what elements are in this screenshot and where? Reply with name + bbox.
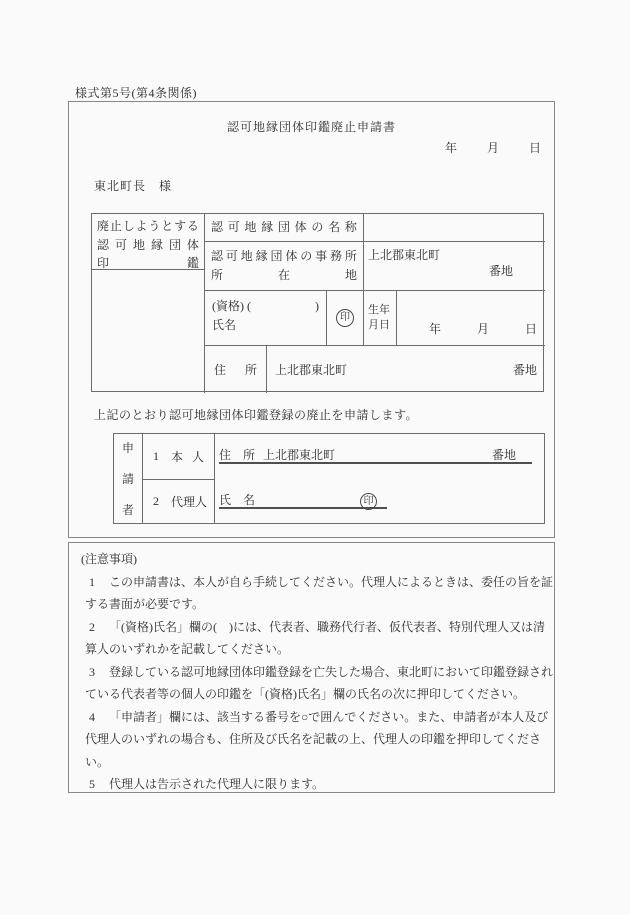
note-number: 2 xyxy=(89,616,109,639)
seal-impression-area xyxy=(92,270,205,393)
notes-section: (注意事項) 1この申請書は、本人が自ら手続してください。代理人によるときは、委… xyxy=(69,543,554,796)
applicant-address-banchi: 番地 xyxy=(492,446,516,462)
seal-to-abolish-line2: 認可地縁団体 xyxy=(97,236,199,255)
date-year-label: 年 xyxy=(445,141,457,155)
document-page: 様式第5号(第4条関係) 認可地縁団体印鑑廃止申請書 年 月 日 東北町長 様 … xyxy=(0,0,630,915)
qualification-name-cell: (資格) ( ) 氏名 xyxy=(205,291,327,346)
date-day-label: 日 xyxy=(529,141,541,155)
applicant-vertical-label: 申請者 xyxy=(114,434,143,523)
applicant-address-line: 住 所上北郡東北町 番地 xyxy=(219,446,532,464)
note-line: 1この申請書は、本人が自ら手続してください。代理人によるときは、委任の旨を証 xyxy=(69,571,554,594)
name-field-label: 氏名 xyxy=(212,316,319,335)
note-text: 登録している認可地縁団体印鑑登録を亡失した場合、東北町において印鑑登録され xyxy=(109,665,553,679)
application-statement: 上記のとおり認可地縁団体印鑑登録の廃止を申請します。 xyxy=(94,406,418,424)
notes-heading: (注意事項) xyxy=(69,548,554,571)
application-form-box: 認可地縁団体印鑑廃止申請書 年 月 日 東北町長 様 廃止しようとする 認可地縁… xyxy=(68,101,555,538)
birth-month-label: 月 xyxy=(477,320,489,337)
note-text: 「申請者」欄には、該当する番号を○で囲んでください。また、申請者が本人及び xyxy=(109,710,548,724)
option-1-number: 1 xyxy=(153,449,159,464)
note-number: 1 xyxy=(89,571,109,594)
office-label-line2: 所在地 xyxy=(211,266,357,285)
birth-label-line2: 月日 xyxy=(368,318,396,333)
note-line: ている代表者等の個人の印鑑を「(資格)氏名」欄の氏名の次に押印してください。 xyxy=(69,683,554,706)
applicant-table: 申請者 1 本人 2 代理人 住 所上北郡東北町 番地 氏 名 印 xyxy=(113,433,545,524)
note-line: 4「申請者」欄には、該当する番号を○で囲んでください。また、申請者が本人及び xyxy=(69,706,554,729)
birth-day-label: 日 xyxy=(525,320,537,337)
office-address-label: 認可地縁団体の事務所 所在地 xyxy=(205,242,364,291)
applicant-option-agent: 2 代理人 xyxy=(143,480,215,523)
applicant-address-town: 上北郡東北町 xyxy=(263,448,335,462)
recipient-line: 東北町長 様 xyxy=(94,177,172,195)
notes-box: (注意事項) 1この申請書は、本人が自ら手続してください。代理人によるときは、委… xyxy=(68,542,555,793)
association-name-value xyxy=(364,214,545,242)
birthdate-label-cell: 生年 月日 xyxy=(364,291,397,346)
option-2-label: 代理人 xyxy=(171,493,207,510)
note-line: い。 xyxy=(69,751,554,774)
note-number: 5 xyxy=(89,773,109,796)
applicant-seal-icon: 印 xyxy=(360,493,377,510)
note-line: 算人のいずれかを記載してください。 xyxy=(69,638,554,661)
note-line: する書面が必要です。 xyxy=(69,593,554,616)
birthdate-value-cell: 年 月 日 xyxy=(397,291,545,346)
birth-label-line1: 生年 xyxy=(368,303,396,318)
applicant-address-group: 住 所上北郡東北町 xyxy=(219,446,335,462)
seal-to-abolish-header-cell: 廃止しようとする 認可地縁団体 印鑑 xyxy=(92,214,205,270)
seal-info-table: 廃止しようとする 認可地縁団体 印鑑 認可地縁団体の名称 認可地縁団体の事務所 … xyxy=(91,213,544,392)
form-title: 認可地縁団体印鑑廃止申請書 xyxy=(69,119,554,135)
note-line: 2「(資格)氏名」欄の( )には、代表者、職務代行者、仮代表者、特別代理人又は清 xyxy=(69,616,554,639)
note-text: 代理人は告示された代理人に限ります。 xyxy=(109,777,324,791)
address-town: 上北郡東北町 xyxy=(275,361,347,378)
qualification-prefix: (資格) ( xyxy=(212,297,251,316)
note-text: 「(資格)氏名」欄の( )には、代表者、職務代行者、仮代表者、特別代理人又は清 xyxy=(109,620,545,634)
address-value-cell: 上北郡東北町 番地 xyxy=(267,346,545,393)
note-text: この申請書は、本人が自ら手続してください。代理人によるときは、委任の旨を証 xyxy=(109,575,553,589)
office-town: 上北郡東北町 xyxy=(364,242,545,263)
applicant-name-line: 氏 名 印 xyxy=(219,491,387,509)
option-1-label: 本人 xyxy=(171,448,204,465)
note-line: 代理人のいずれの場合も、住所及び氏名を記載の上、代理人の印鑑を押印してくださ xyxy=(69,728,554,751)
note-number: 4 xyxy=(89,706,109,729)
note-line: 3登録している認可地縁団体印鑑登録を亡失した場合、東北町において印鑑登録され xyxy=(69,661,554,684)
seal-stamp-cell: 印 xyxy=(327,291,364,346)
note-number: 3 xyxy=(89,661,109,684)
office-banchi: 番地 xyxy=(364,263,545,279)
association-name-label: 認可地縁団体の名称 xyxy=(205,214,364,242)
date-line: 年 月 日 xyxy=(445,141,541,155)
applicant-address-label: 住 所 xyxy=(219,448,255,462)
seal-to-abolish-line1: 廃止しようとする xyxy=(97,217,199,236)
applicant-name-label: 氏 名 xyxy=(219,493,255,507)
office-label-line1: 認可地縁団体の事務所 xyxy=(211,247,357,266)
address-banchi: 番地 xyxy=(513,361,537,378)
address-label: 住所 xyxy=(205,346,267,393)
office-address-value: 上北郡東北町 番地 xyxy=(364,242,545,291)
option-2-number: 2 xyxy=(153,494,159,509)
seal-stamp-icon: 印 xyxy=(336,309,354,327)
qualification-close-paren: ) xyxy=(315,297,319,316)
applicant-option-self: 1 本人 xyxy=(143,434,215,480)
birth-year-label: 年 xyxy=(429,320,441,337)
note-line: 5代理人は告示された代理人に限ります。 xyxy=(69,773,554,796)
form-number-label: 様式第5号(第4条関係) xyxy=(75,84,197,101)
qualification-line: (資格) ( ) xyxy=(212,297,319,316)
date-month-label: 月 xyxy=(487,141,499,155)
